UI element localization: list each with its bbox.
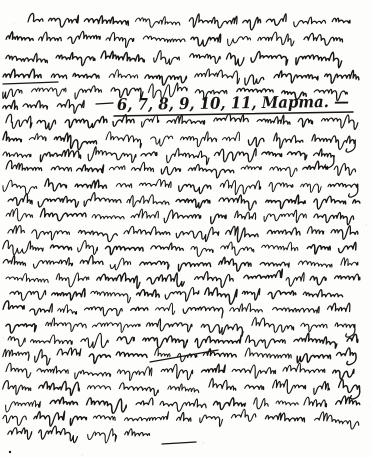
- handwriting-line: [5, 208, 356, 224]
- handwriting-line: [7, 333, 360, 348]
- handwriting-line: [8, 287, 344, 304]
- handwriting-line: [1, 179, 360, 198]
- dates-text: 6, 7, 8, 9, 10, 11, Марта. —: [117, 92, 349, 114]
- manuscript-page: 6, 7, 8, 9, 10, 11, Марта. —: [0, 0, 372, 458]
- closing-dash: [162, 442, 196, 444]
- handwriting-line: [2, 255, 360, 271]
- handwriting-line: [1, 378, 362, 399]
- handwriting-line: [5, 31, 345, 47]
- handwriting-line: [27, 13, 352, 29]
- handwriting-svg: 6, 7, 8, 9, 10, 11, Марта. —: [0, 0, 372, 458]
- ink-speck: [9, 451, 11, 453]
- handwriting-line: [4, 363, 355, 380]
- handwriting-line: [5, 114, 360, 130]
- handwriting-line: [2, 301, 352, 318]
- handwriting-line: [7, 193, 362, 211]
- underline-first-word-line4: [3, 82, 58, 84]
- handwriting-line: [4, 51, 343, 68]
- handwriting-line: [2, 99, 85, 113]
- handwriting-line: [1, 131, 358, 152]
- handwriting-line: [1, 240, 357, 256]
- handwriting-line: [5, 161, 358, 178]
- dash-before-dates: [96, 103, 113, 104]
- handwriting-line: [6, 426, 151, 443]
- handwriting-line: [4, 396, 361, 413]
- handwriting-line: [4, 269, 361, 288]
- handwriting-line: [1, 147, 337, 168]
- handwriting-line: [6, 226, 359, 243]
- handwriting-line: [4, 318, 357, 338]
